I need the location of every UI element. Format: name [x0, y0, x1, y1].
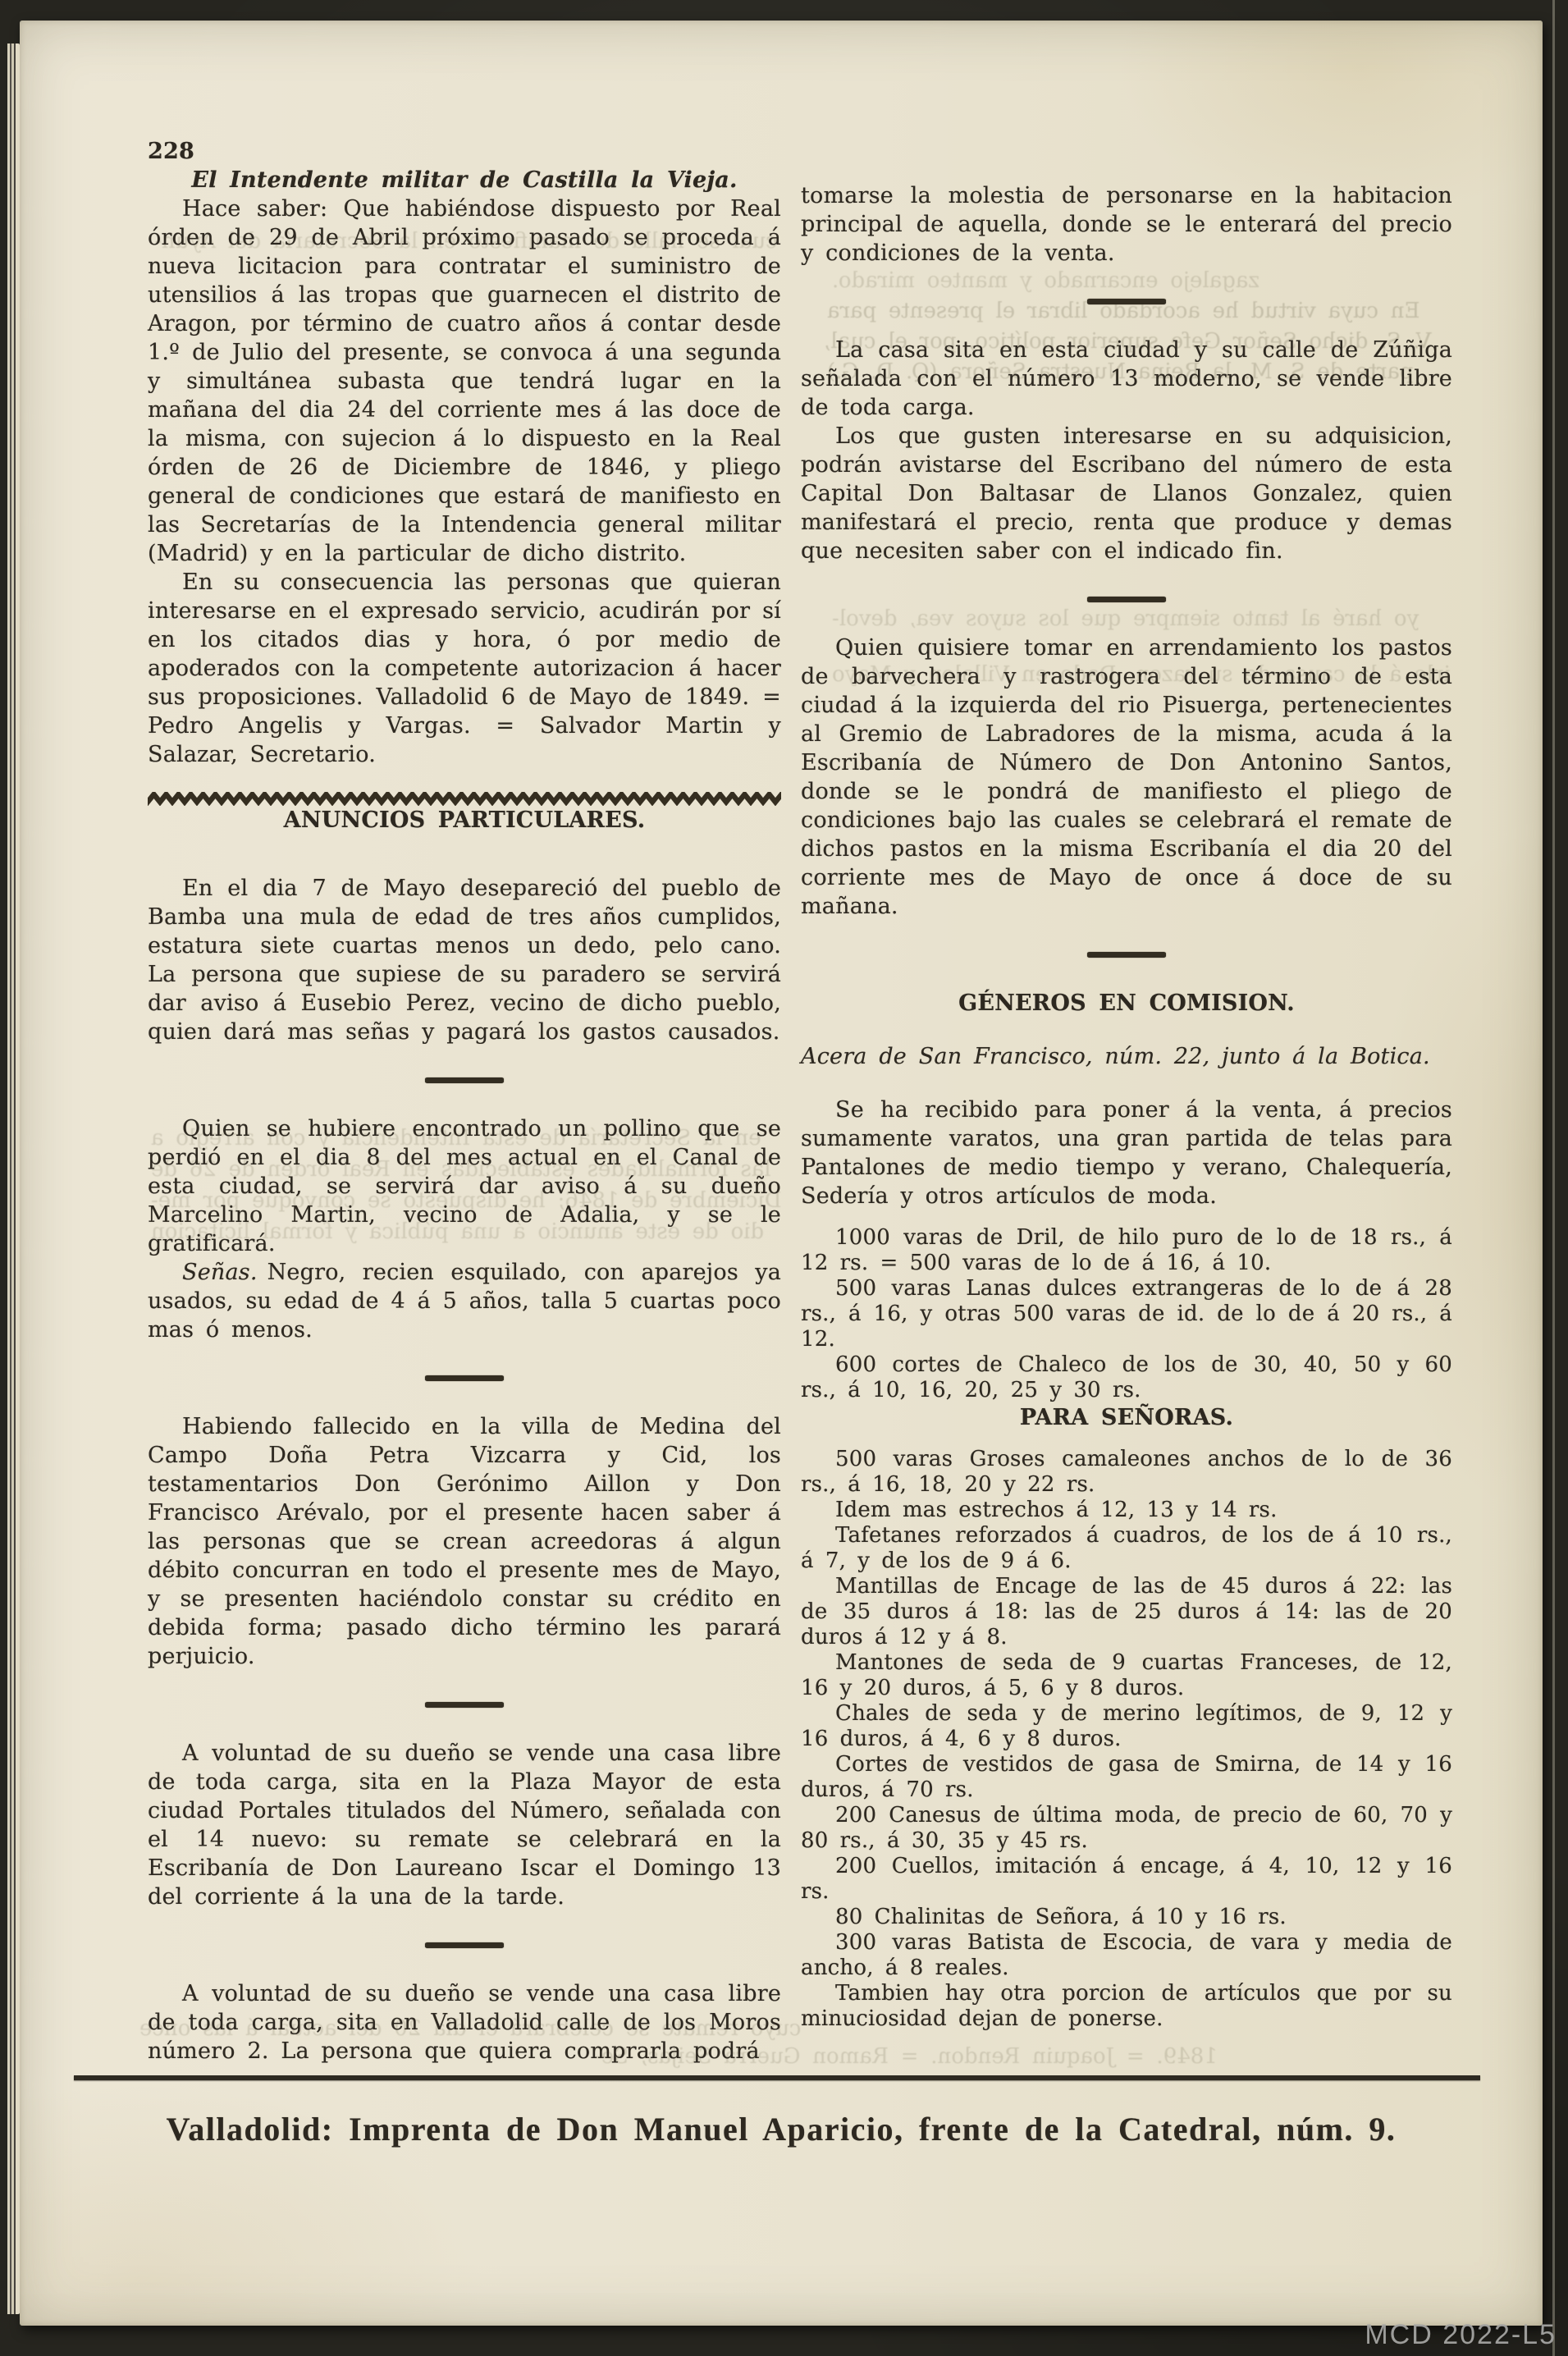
archive-watermark: MCD 2022-L5 — [1365, 2319, 1557, 2351]
generos-address: Acera de San Francisco, núm. 22, junto á… — [801, 1042, 1452, 1071]
senoras-item: 80 Chalinitas de Señora, á 10 y 16 rs. — [801, 1905, 1452, 1930]
senoras-item: Mantones de seda de 9 cuartas Franceses,… — [801, 1650, 1452, 1701]
page-number: 228 — [148, 137, 781, 166]
generos-item: 600 cortes de Chaleco de los de 30, 40, … — [801, 1352, 1452, 1403]
generos-item: 1000 varas de Dril, de hilo puro de lo d… — [801, 1225, 1452, 1276]
footer-rule — [74, 2075, 1480, 2080]
ad-pastos-arrendamiento: Quien quisiere tomar en arrendamiento lo… — [801, 634, 1452, 921]
generos-item: 500 varas Lanas dulces extrangeras de lo… — [801, 1276, 1452, 1352]
senoras-item: Idem mas estrechos á 12, 13 y 14 rs. — [801, 1498, 1452, 1523]
senoras-item: 200 Canesus de última moda, de precio de… — [801, 1803, 1452, 1854]
ad-casa-moros-continuation: tomarse la molestia de personarse en la … — [801, 181, 1452, 268]
section-heading-generos: GÉNEROS EN COMISION. — [801, 989, 1452, 1018]
senoras-item: Tambien hay otra porcion de artículos qu… — [801, 1981, 1452, 2032]
senoras-item-list: 500 varas Groses camaleones anchos de lo… — [801, 1447, 1452, 2032]
divider-rule — [1087, 952, 1166, 958]
imprint-line: Valladolid: Imprenta de Don Manuel Apari… — [20, 2110, 1543, 2148]
ad-casa-moros: A voluntad de su dueño se vende una casa… — [148, 1979, 781, 2066]
scanned-newspaper-page: cual se halla de manifiesto en la Secret… — [0, 0, 1568, 2356]
senoras-item: 300 varas Batista de Escocia, de vara y … — [801, 1930, 1452, 1981]
section-heading-anuncios: ANUNCIOS PARTICULARES. — [148, 806, 781, 835]
divider-rule — [425, 1942, 504, 1948]
notice-paragraph: En su consecuencia las personas que quie… — [148, 568, 781, 769]
notice-paragraph: Hace saber: Que habiéndose dispuesto por… — [148, 194, 781, 568]
notice-title: El Intendente militar de Castilla la Vie… — [148, 166, 781, 194]
zigzag-ornament — [148, 792, 781, 806]
ad-casa-zuniga: La casa sita en esta ciudad y su calle d… — [801, 336, 1452, 422]
divider-rule — [1087, 597, 1166, 602]
ad-testamentaria: Habiendo fallecido en la villa de Medina… — [148, 1412, 781, 1671]
ad-casa-plaza-mayor: A voluntad de su dueño se vende una casa… — [148, 1739, 781, 1911]
ad-pollino-senas: Señas.Negro, recien esquilado, con apare… — [148, 1258, 781, 1344]
left-column: 228 El Intendente militar de Castilla la… — [148, 137, 781, 2066]
ad-mula-bamba: En el dia 7 de Mayo desepareció del pueb… — [148, 874, 781, 1046]
right-column: tomarse la molestia de personarse en la … — [801, 181, 1452, 2032]
senoras-item: Cortes de vestidos de gasa de Smirna, de… — [801, 1752, 1452, 1803]
generos-intro: Se ha recibido para poner á la venta, á … — [801, 1096, 1452, 1210]
senas-label: Señas. — [182, 1260, 258, 1285]
senoras-item: Chales de seda y de merino legítimos, de… — [801, 1701, 1452, 1752]
generos-item-list: 1000 varas de Dril, de hilo puro de lo d… — [801, 1225, 1452, 1403]
paper-sheet: cual se halla de manifiesto en la Secret… — [20, 21, 1543, 2326]
divider-rule — [425, 1077, 504, 1083]
ad-casa-zuniga-detalle: Los que gusten interesarse en su adquisi… — [801, 422, 1452, 565]
divider-rule — [425, 1375, 504, 1381]
divider-rule — [425, 1702, 504, 1708]
divider-rule — [1087, 299, 1166, 304]
senoras-item: Tafetanes reforzados á cuadros, de los d… — [801, 1523, 1452, 1574]
scan-edge-line — [1552, 0, 1555, 2356]
senoras-item: 500 varas Groses camaleones anchos de lo… — [801, 1447, 1452, 1498]
senoras-item: 200 Cuellos, imitación á encage, á 4, 10… — [801, 1854, 1452, 1905]
section-heading-senoras: PARA SEÑORAS. — [801, 1403, 1452, 1432]
ad-pollino: Quien se hubiere encontrado un pollino q… — [148, 1114, 781, 1258]
senoras-item: Mantillas de Encage de las de 45 duros á… — [801, 1574, 1452, 1650]
